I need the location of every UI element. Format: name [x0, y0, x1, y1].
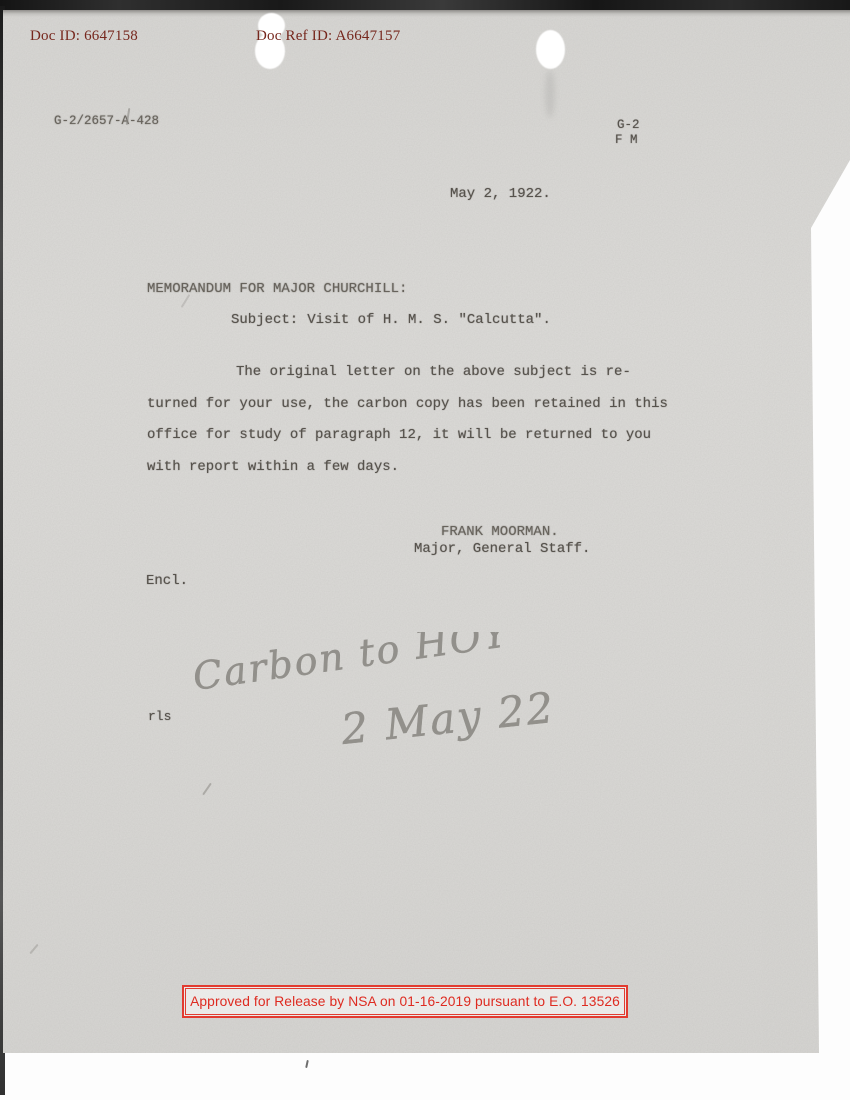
release-stamp-inner-border: Approved for Release by NSA on 01-16-201…: [185, 988, 625, 1015]
paper-sheet: [3, 10, 850, 1053]
stray-mark: [305, 1060, 309, 1068]
memo-heading: MEMORANDUM FOR MAJOR CHURCHILL:: [147, 281, 407, 297]
handwritten-carbon-note: Carbon to HOY: [190, 632, 514, 699]
handwritten-annotations: Carbon to HOY 2 May 22: [175, 632, 585, 767]
doc-id-text: Doc ID: 6647158: [30, 28, 138, 45]
subject-line: Subject: Visit of H. M. S. "Calcutta".: [231, 312, 551, 328]
signature-title: Major, General Staff.: [414, 541, 590, 557]
scan-edge-top: [0, 0, 850, 10]
paper-top-edge: [3, 10, 850, 17]
subject-text: Visit of H. M. S. "Calcutta".: [307, 312, 551, 328]
subject-label: Subject:: [231, 312, 298, 328]
paper-grain-texture: [3, 10, 850, 1053]
release-stamp: Approved for Release by NSA on 01-16-201…: [182, 985, 628, 1018]
body-line: turned for your use, the carbon copy has…: [147, 396, 668, 412]
body-line: The original letter on the above subject…: [236, 364, 631, 380]
scan-smudge: [545, 70, 555, 118]
typist-initials: rls: [148, 709, 171, 724]
release-stamp-text: Approved for Release by NSA on 01-16-201…: [190, 994, 620, 1009]
punch-hole: [536, 30, 565, 69]
body-line: with report within a few days.: [147, 459, 399, 475]
office-code: G-2: [617, 118, 640, 132]
file-number: G-2/2657-A-428: [54, 114, 159, 128]
date-line: May 2, 1922.: [450, 186, 551, 202]
enclosure-note: Encl.: [146, 573, 188, 589]
scanned-document-page: Doc ID: 6647158 Doc Ref ID: A6647157 G-2…: [0, 0, 850, 1100]
routing-initials: F M: [615, 133, 638, 147]
signature-name: FRANK MOORMAN.: [441, 524, 559, 540]
doc-ref-id-text: Doc Ref ID: A6647157: [256, 28, 400, 45]
handwritten-date-note: 2 May 22: [338, 683, 558, 754]
body-line: office for study of paragraph 12, it wil…: [147, 427, 651, 443]
